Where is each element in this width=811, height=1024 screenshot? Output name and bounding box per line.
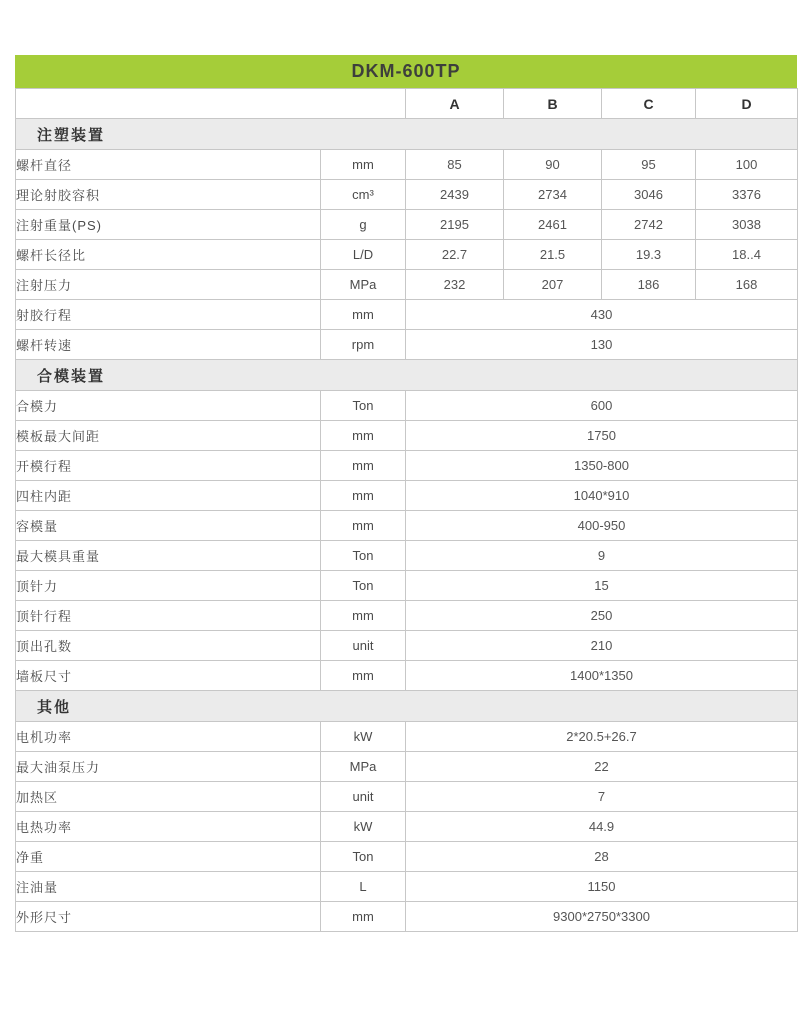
unit-cell: mm <box>321 300 406 330</box>
section-title: 其他 <box>16 691 798 722</box>
unit-cell: MPa <box>321 270 406 300</box>
value-cell-span: 9300*2750*3300 <box>406 902 798 932</box>
unit-cell: mm <box>321 661 406 691</box>
value-cell: 2195 <box>406 210 504 240</box>
unit-cell: L <box>321 872 406 902</box>
unit-cell: g <box>321 210 406 240</box>
spec-row: 合模力Ton600 <box>16 391 798 421</box>
row-label: 加热区 <box>16 782 321 812</box>
value-cell: 19.3 <box>602 240 696 270</box>
value-cell-span: 1350-800 <box>406 451 798 481</box>
row-label: 螺杆直径 <box>16 150 321 180</box>
value-cell-span: 1400*1350 <box>406 661 798 691</box>
value-cell-span: 130 <box>406 330 798 360</box>
value-cell-span: 250 <box>406 601 798 631</box>
value-cell: 186 <box>602 270 696 300</box>
spec-row: 最大模具重量Ton9 <box>16 541 798 571</box>
spec-row: 螺杆转速rpm130 <box>16 330 798 360</box>
value-cell: 22.7 <box>406 240 504 270</box>
value-cell-span: 1150 <box>406 872 798 902</box>
column-header-cell: C <box>602 89 696 119</box>
row-label: 四柱内距 <box>16 481 321 511</box>
value-cell: 207 <box>504 270 602 300</box>
unit-cell: MPa <box>321 752 406 782</box>
value-cell: 3376 <box>696 180 798 210</box>
spec-row: 净重Ton28 <box>16 842 798 872</box>
value-cell-span: 9 <box>406 541 798 571</box>
value-cell-span: 28 <box>406 842 798 872</box>
spec-row: 射胶行程mm430 <box>16 300 798 330</box>
spec-row: 电热功率kW44.9 <box>16 812 798 842</box>
value-cell: 95 <box>602 150 696 180</box>
value-cell-span: 1040*910 <box>406 481 798 511</box>
value-cell-span: 15 <box>406 571 798 601</box>
model-title-bar: DKM-600TP <box>15 55 797 88</box>
spec-row: 模板最大间距mm1750 <box>16 421 798 451</box>
spec-row: 螺杆长径比L/D22.721.519.318..4 <box>16 240 798 270</box>
spec-row: 顶针力Ton15 <box>16 571 798 601</box>
spec-row: 容模量mm400-950 <box>16 511 798 541</box>
unit-cell: mm <box>321 421 406 451</box>
unit-cell: kW <box>321 812 406 842</box>
row-label: 最大模具重量 <box>16 541 321 571</box>
row-label: 模板最大间距 <box>16 421 321 451</box>
spec-row: 注射重量(PS)g2195246127423038 <box>16 210 798 240</box>
unit-cell: kW <box>321 722 406 752</box>
row-label: 开模行程 <box>16 451 321 481</box>
value-cell: 21.5 <box>504 240 602 270</box>
spec-row: 墙板尺寸mm1400*1350 <box>16 661 798 691</box>
value-cell: 2439 <box>406 180 504 210</box>
row-label: 注射压力 <box>16 270 321 300</box>
spec-sheet: DKM-600TP ABCD注塑装置螺杆直径mm859095100理论射胶容积c… <box>15 55 797 932</box>
row-label: 螺杆转速 <box>16 330 321 360</box>
row-label: 合模力 <box>16 391 321 421</box>
spec-row: 理论射胶容积cm³2439273430463376 <box>16 180 798 210</box>
unit-cell: cm³ <box>321 180 406 210</box>
row-label: 最大油泵压力 <box>16 752 321 782</box>
value-cell: 100 <box>696 150 798 180</box>
column-header-blank <box>16 89 406 119</box>
unit-cell: unit <box>321 631 406 661</box>
value-cell-span: 44.9 <box>406 812 798 842</box>
value-cell-span: 400-950 <box>406 511 798 541</box>
unit-cell: rpm <box>321 330 406 360</box>
column-header-cell: D <box>696 89 798 119</box>
spec-row: 注油量L1150 <box>16 872 798 902</box>
row-label: 射胶行程 <box>16 300 321 330</box>
column-header-cell: B <box>504 89 602 119</box>
row-label: 注油量 <box>16 872 321 902</box>
row-label: 注射重量(PS) <box>16 210 321 240</box>
column-header-cell: A <box>406 89 504 119</box>
column-header-row: ABCD <box>16 89 798 119</box>
unit-cell: mm <box>321 902 406 932</box>
unit-cell: mm <box>321 150 406 180</box>
value-cell-span: 7 <box>406 782 798 812</box>
unit-cell: mm <box>321 451 406 481</box>
value-cell: 2461 <box>504 210 602 240</box>
row-label: 顶针行程 <box>16 601 321 631</box>
value-cell: 2742 <box>602 210 696 240</box>
value-cell-span: 600 <box>406 391 798 421</box>
spec-row: 顶出孔数unit210 <box>16 631 798 661</box>
section-title: 合模装置 <box>16 360 798 391</box>
row-label: 净重 <box>16 842 321 872</box>
row-label: 外形尺寸 <box>16 902 321 932</box>
section-title: 注塑装置 <box>16 119 798 150</box>
value-cell-span: 1750 <box>406 421 798 451</box>
unit-cell: Ton <box>321 391 406 421</box>
value-cell: 168 <box>696 270 798 300</box>
row-label: 电热功率 <box>16 812 321 842</box>
value-cell-span: 430 <box>406 300 798 330</box>
value-cell: 3038 <box>696 210 798 240</box>
section-row: 注塑装置 <box>16 119 798 150</box>
value-cell: 232 <box>406 270 504 300</box>
section-row: 其他 <box>16 691 798 722</box>
unit-cell: mm <box>321 481 406 511</box>
value-cell: 2734 <box>504 180 602 210</box>
spec-row: 开模行程mm1350-800 <box>16 451 798 481</box>
row-label: 顶针力 <box>16 571 321 601</box>
row-label: 墙板尺寸 <box>16 661 321 691</box>
spec-table: ABCD注塑装置螺杆直径mm859095100理论射胶容积cm³24392734… <box>15 88 798 932</box>
spec-table-body: ABCD注塑装置螺杆直径mm859095100理论射胶容积cm³24392734… <box>16 89 798 932</box>
value-cell: 18..4 <box>696 240 798 270</box>
row-label: 电机功率 <box>16 722 321 752</box>
row-label: 理论射胶容积 <box>16 180 321 210</box>
row-label: 顶出孔数 <box>16 631 321 661</box>
value-cell: 85 <box>406 150 504 180</box>
unit-cell: mm <box>321 601 406 631</box>
row-label: 螺杆长径比 <box>16 240 321 270</box>
value-cell-span: 210 <box>406 631 798 661</box>
spec-row: 最大油泵压力MPa22 <box>16 752 798 782</box>
unit-cell: Ton <box>321 571 406 601</box>
unit-cell: L/D <box>321 240 406 270</box>
value-cell-span: 22 <box>406 752 798 782</box>
spec-row: 加热区unit7 <box>16 782 798 812</box>
value-cell-span: 2*20.5+26.7 <box>406 722 798 752</box>
unit-cell: Ton <box>321 541 406 571</box>
spec-row: 螺杆直径mm859095100 <box>16 150 798 180</box>
value-cell: 3046 <box>602 180 696 210</box>
row-label: 容模量 <box>16 511 321 541</box>
spec-row: 注射压力MPa232207186168 <box>16 270 798 300</box>
value-cell: 90 <box>504 150 602 180</box>
model-title: DKM-600TP <box>351 61 460 81</box>
unit-cell: mm <box>321 511 406 541</box>
spec-row: 顶针行程mm250 <box>16 601 798 631</box>
unit-cell: unit <box>321 782 406 812</box>
spec-row: 四柱内距mm1040*910 <box>16 481 798 511</box>
section-row: 合模装置 <box>16 360 798 391</box>
unit-cell: Ton <box>321 842 406 872</box>
spec-row: 电机功率kW2*20.5+26.7 <box>16 722 798 752</box>
spec-row: 外形尺寸mm9300*2750*3300 <box>16 902 798 932</box>
